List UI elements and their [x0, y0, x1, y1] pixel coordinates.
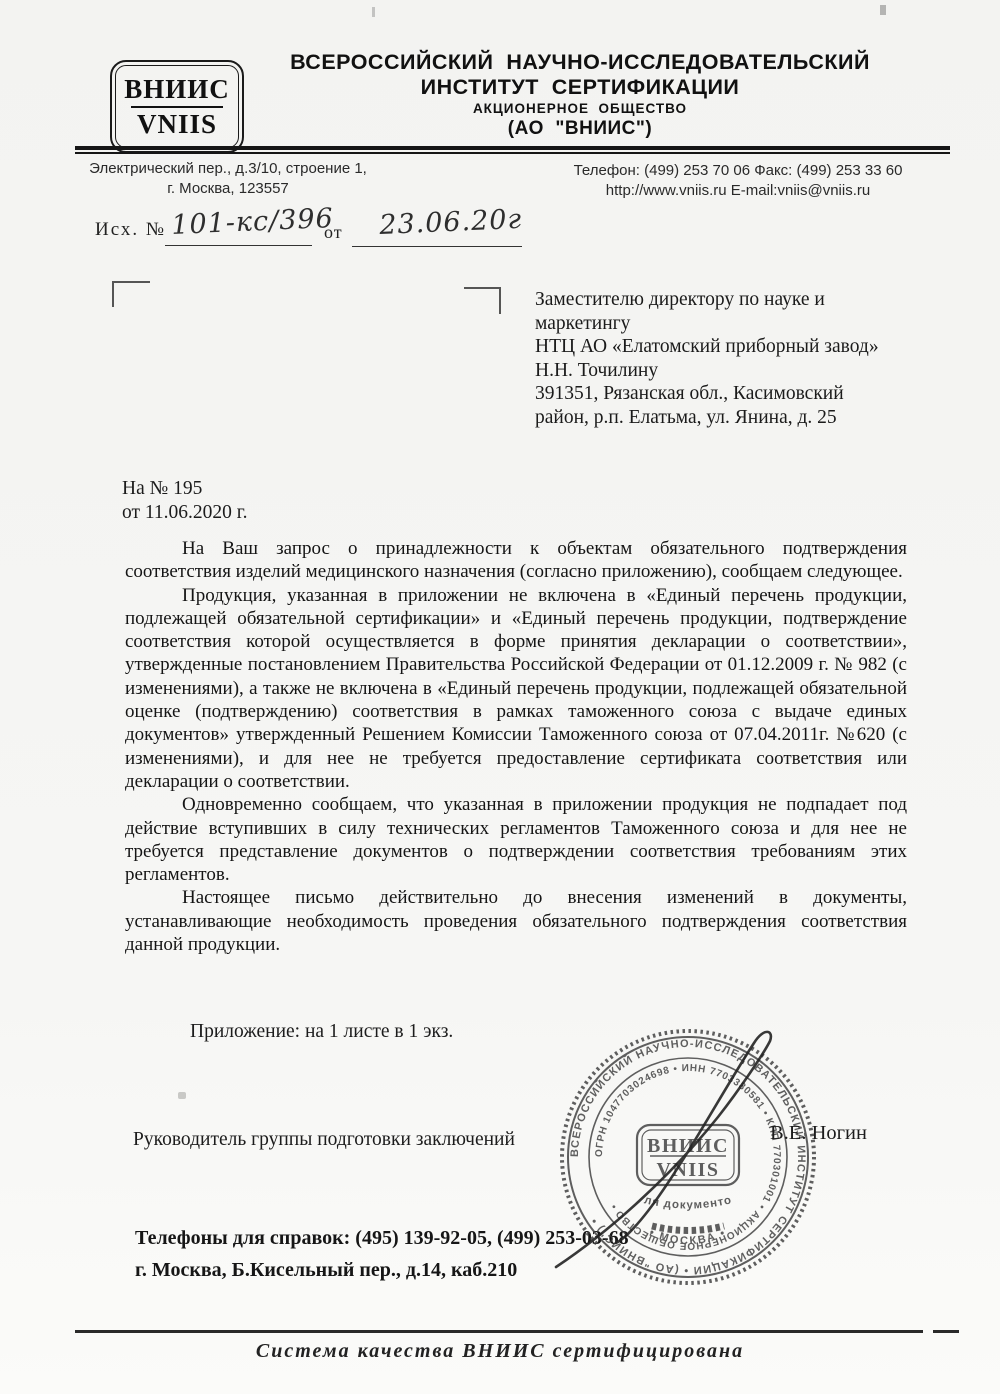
org-title-line2: ИНСТИТУТ СЕРТИФИКАЦИИ: [255, 75, 905, 100]
reference-number: На № 195: [122, 477, 247, 501]
address-corner-mark-left: [112, 281, 150, 307]
outgoing-number-underline: [165, 245, 312, 246]
addressee-line: Н.Н. Точилину: [535, 359, 920, 383]
signer-position: Руководитель группы подготовки заключени…: [133, 1129, 515, 1151]
vniis-logo-inner: ВНИИС VNIIS: [115, 65, 239, 148]
org-short-name: (АО "ВНИИС"): [255, 117, 905, 141]
stamp-checker-band: [652, 1226, 724, 1231]
scan-speck: [880, 5, 886, 15]
stamp-ring-inner-text: ОГРН 1047703024698 • ИНН 7703380581 • КП…: [594, 1063, 782, 1251]
body-paragraph-1: На Ваш запрос о принадлежности к объекта…: [125, 537, 907, 584]
org-phone-line: Телефон: (499) 253 70 06 Факс: (499) 253…: [552, 161, 924, 181]
addressee-line: маркетингу: [535, 312, 920, 336]
body-paragraph-3: Одновременно сообщаем, что указанная в п…: [125, 793, 907, 886]
letter-body: На Ваш запрос о принадлежности к объекта…: [125, 537, 907, 956]
scan-speck: [372, 7, 375, 17]
svg-text:ОГРН 1047703024698 • ИНН 77033: ОГРН 1047703024698 • ИНН 7703380581 • КП…: [594, 1063, 782, 1251]
org-web-line: http://www.vniis.ru E-mail:vniis@vniis.r…: [552, 181, 924, 201]
address-corner-mark-right: [464, 287, 501, 314]
scanned-letter-page: ВНИИС VNIIS ВСЕРОССИЙСКИЙ НАУЧНО-ИССЛЕДО…: [0, 0, 1000, 1394]
scan-speck: [178, 1092, 186, 1099]
body-paragraph-2: Продукция, указанная в приложении не вкл…: [125, 584, 907, 794]
signer-name: В.Е. Ногин: [770, 1122, 867, 1145]
logo-text-ru: ВНИИС: [124, 76, 230, 103]
body-paragraph-4: Настоящее письмо действительно до внесен…: [125, 886, 907, 956]
vniis-logo: ВНИИС VNIIS: [110, 60, 244, 153]
stamp-middle-circle: [589, 1058, 787, 1256]
logo-divider: [131, 106, 224, 108]
reference-date: от 11.06.2020 г.: [122, 501, 247, 525]
letterhead-title-block: ВСЕРОССИЙСКИЙ НАУЧНО-ИССЛЕДОВАТЕЛЬСКИЙ И…: [255, 50, 905, 141]
org-address-line1: Электрический пер., д.3/10, строение 1,: [78, 159, 378, 179]
quality-system-note: Система качества ВНИИС сертифицирована: [240, 1340, 760, 1363]
letterhead-rule-thick: [75, 146, 950, 150]
outgoing-date-handwritten: 23.06.20г: [379, 204, 523, 241]
official-round-stamp: ВСЕРОССИЙСКИЙ НАУЧНО-ИССЛЕДОВАТЕЛЬСКИЙ И…: [540, 1015, 850, 1305]
outgoing-date-label: от: [324, 222, 343, 243]
attachment-note: Приложение: на 1 листе в 1 экз.: [190, 1021, 453, 1043]
addressee-line: НТЦ АО «Елатомский приборный завод»: [535, 335, 920, 359]
outgoing-number-handwritten: 101-кс/396: [171, 203, 335, 241]
footer-rule-dash: [933, 1330, 959, 1333]
reference-block: На № 195 от 11.06.2020 г.: [122, 477, 247, 525]
org-title-line1: ВСЕРОССИЙСКИЙ НАУЧНО-ИССЛЕДОВАТЕЛЬСКИЙ: [255, 50, 905, 75]
stamp-center-en: VNIIS: [656, 1159, 719, 1181]
org-address-block: Электрический пер., д.3/10, строение 1, …: [78, 159, 378, 199]
addressee-line: Заместителю директору по науке и: [535, 288, 920, 312]
org-subtitle: АКЦИОНЕРНОЕ ОБЩЕСТВО: [255, 100, 905, 117]
addressee-line: район, р.п. Елатьма, ул. Янина, д. 25: [535, 406, 920, 430]
logo-text-en: VNIIS: [137, 111, 217, 138]
addressee-block: Заместителю директору по науке и маркети…: [535, 288, 920, 429]
footer-rule: [75, 1330, 923, 1333]
outgoing-date-underline: [352, 246, 522, 247]
addressee-line: 391351, Рязанская обл., Касимовский: [535, 382, 920, 406]
outgoing-number-label: Исх. №: [95, 219, 166, 241]
letterhead-rule-thin: [75, 152, 950, 154]
org-address-line2: г. Москва, 123557: [78, 179, 378, 199]
org-phone-block: Телефон: (499) 253 70 06 Факс: (499) 253…: [552, 161, 924, 201]
